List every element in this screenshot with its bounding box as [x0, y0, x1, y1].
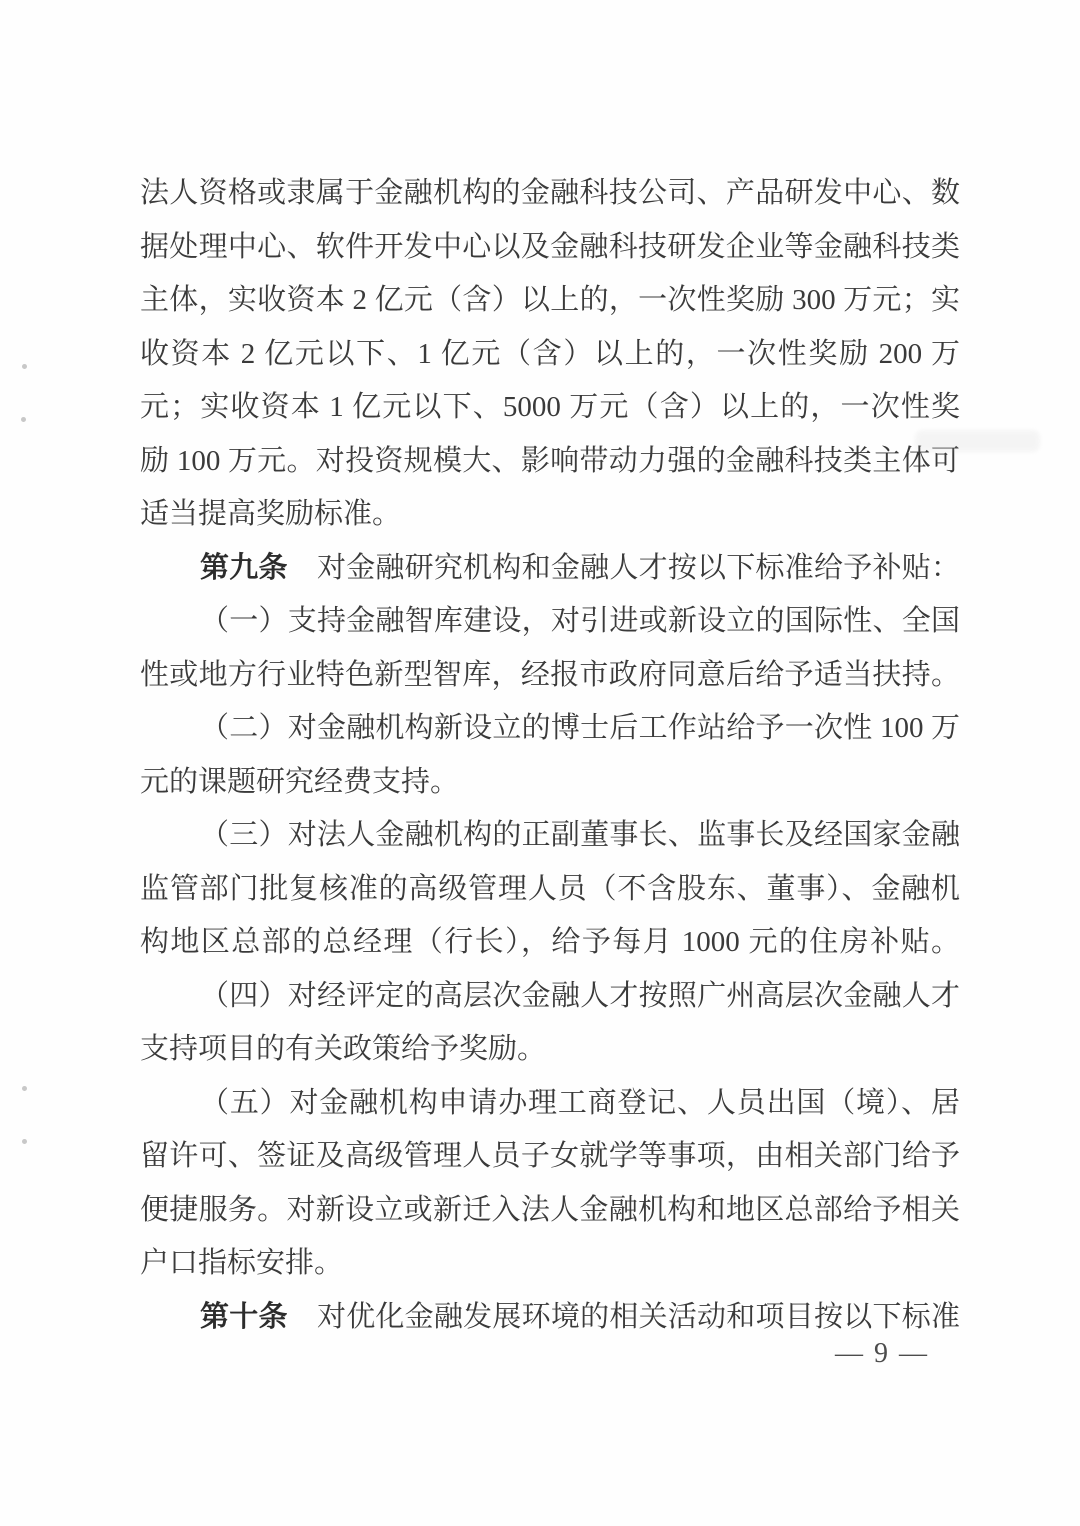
text-line: 第十条 对优化金融发展环境的相关活动和项目按以下标准	[140, 1291, 960, 1345]
scan-speck	[22, 364, 27, 369]
text-line: （三）对法人金融机构的正副董事长、监事长及经国家金融	[140, 809, 960, 863]
scan-speck	[21, 417, 26, 422]
text-line: 主体，实收资本 2 亿元（含）以上的，一次性奖励 300 万元；实	[140, 274, 960, 328]
article-heading: 第十条	[200, 1301, 288, 1333]
text-line: 监管部门批复核准的高级管理人员（不含股东、董事）、金融机	[140, 863, 960, 917]
text-line: 法人资格或隶属于金融机构的金融科技公司、产品研发中心、数	[140, 167, 960, 221]
page-number: — 9 —	[822, 1338, 942, 1370]
text-line: 构地区总部的总经理（行长），给予每月 1000 元的住房补贴。	[140, 916, 960, 970]
document-page: 法人资格或隶属于金融机构的金融科技公司、产品研发中心、数据处理中心、软件开发中心…	[0, 0, 1080, 1526]
text-line: 励 100 万元。对投资规模大、影响带动力强的金融科技类主体可	[140, 435, 960, 489]
scan-speck	[22, 1139, 27, 1144]
text-line: 性或地方行业特色新型智库，经报市政府同意后给予适当扶持。	[140, 649, 960, 703]
text-line: 收资本 2 亿元以下、1 亿元（含）以上的，一次性奖励 200 万	[140, 328, 960, 382]
text-line: 据处理中心、软件开发中心以及金融科技研发企业等金融科技类	[140, 221, 960, 275]
text-line: 适当提高奖励标准。	[140, 488, 960, 542]
text-line: 元；实收资本 1 亿元以下、5000 万元（含）以上的，一次性奖	[140, 381, 960, 435]
text-line: 支持项目的有关政策给予奖励。	[140, 1023, 960, 1077]
text-line: （四）对经评定的高层次金融人才按照广州高层次金融人才	[140, 970, 960, 1024]
article-heading: 第九条	[200, 552, 288, 584]
text-line: 第九条 对金融研究机构和金融人才按以下标准给予补贴：	[140, 542, 960, 596]
document-body: 法人资格或隶属于金融机构的金融科技公司、产品研发中心、数据处理中心、软件开发中心…	[140, 167, 960, 1344]
text-line: 便捷服务。对新设立或新迁入法人金融机构和地区总部给予相关	[140, 1184, 960, 1238]
text-line: 户口指标安排。	[140, 1237, 960, 1291]
text-line: （二）对金融机构新设立的博士后工作站给予一次性 100 万	[140, 702, 960, 756]
text-line: （五）对金融机构申请办理工商登记、人员出国（境）、居	[140, 1077, 960, 1131]
scan-smudge	[915, 430, 1040, 452]
text-line: 留许可、签证及高级管理人员子女就学等事项，由相关部门给予	[140, 1130, 960, 1184]
text-line: （一）支持金融智库建设，对引进或新设立的国际性、全国	[140, 595, 960, 649]
scan-speck	[22, 1086, 27, 1091]
text-line: 元的课题研究经费支持。	[140, 756, 960, 810]
